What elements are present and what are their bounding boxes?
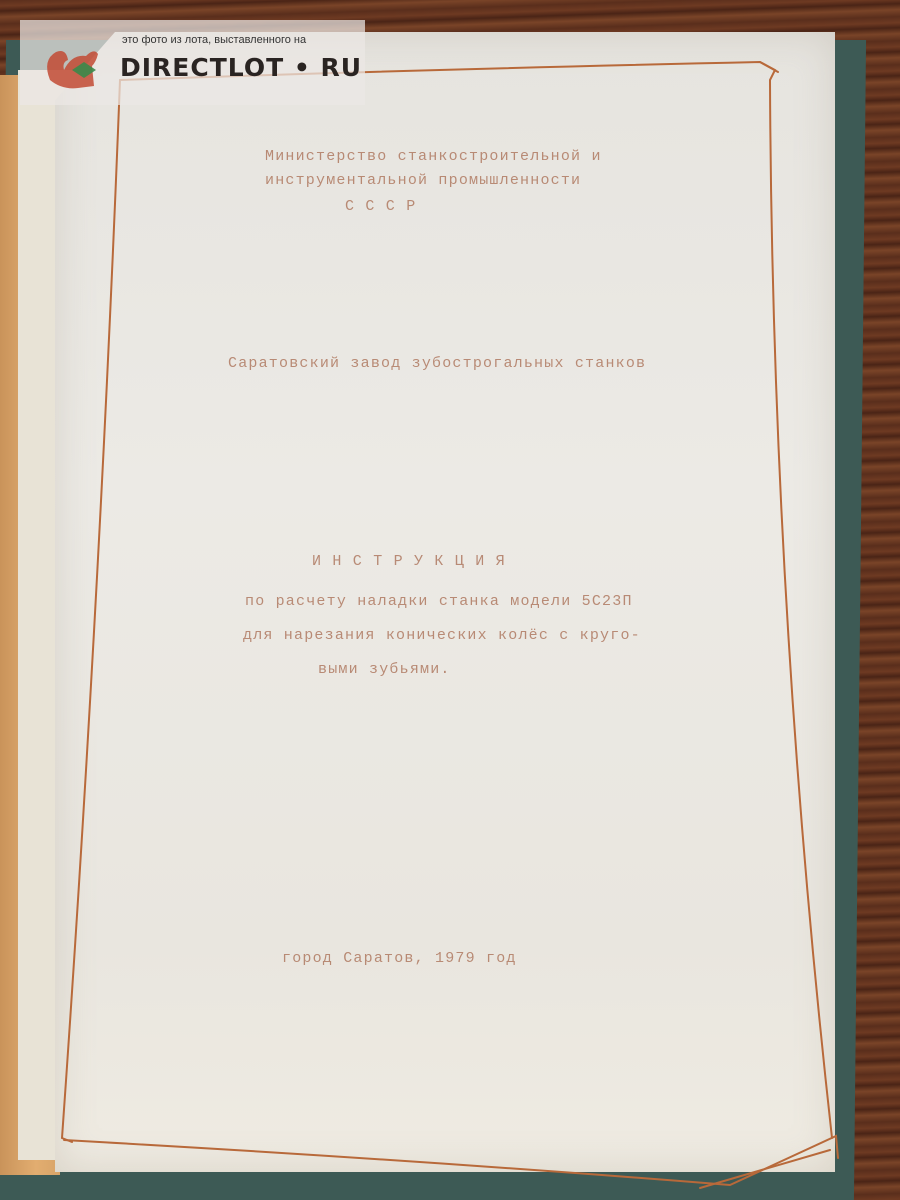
subtitle-line-3: выми зубьями.	[318, 661, 451, 678]
ministry-line-2: инструментальной промышленности	[265, 172, 581, 189]
subtitle-line-2: для нарезания конических колёс с круго-	[243, 627, 641, 644]
factory-name: Саратовский завод зубострогальных станко…	[228, 355, 646, 372]
ministry-line-1: Министерство станкостроительной и	[265, 148, 602, 165]
watermark-brand: DIRECTLOT • RU	[120, 53, 362, 82]
country-abbreviation: С С С Р	[345, 198, 416, 215]
watermark-caption: это фото из лота, выставленного на	[122, 34, 306, 46]
squirrel-logo-icon	[42, 40, 112, 92]
city-year-footer: город Саратов, 1979 год	[282, 950, 517, 967]
document-title: И Н С Т Р У К Ц И Я	[312, 553, 506, 570]
subtitle-line-1: по расчету наладки станка модели 5С23П	[245, 593, 633, 610]
watermark-banner: это фото из лота, выставленного на DIREC…	[20, 20, 365, 105]
